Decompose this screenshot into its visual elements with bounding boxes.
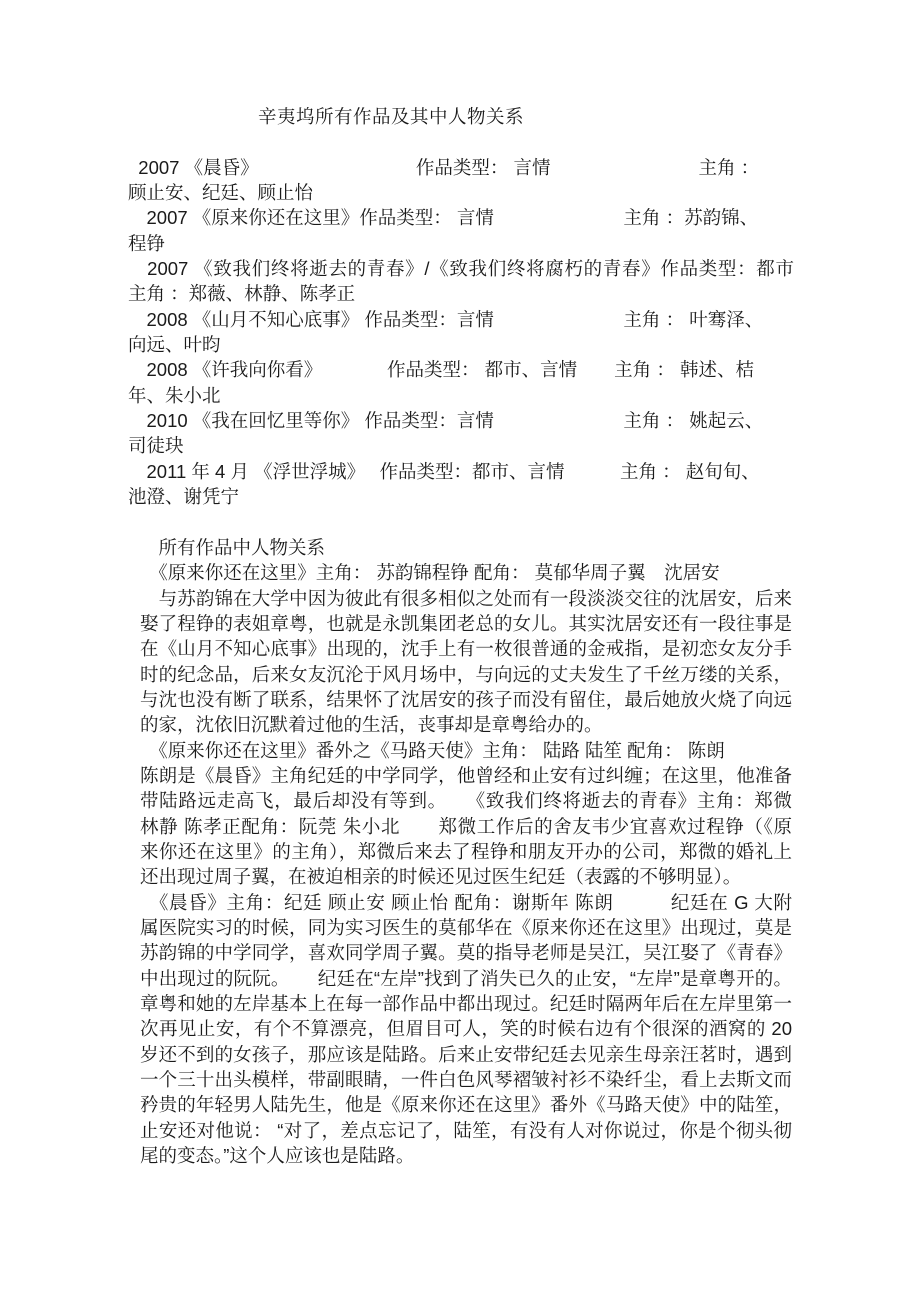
- document-page: 辛夷坞所有作品及其中人物关系 2007 《晨昏》 作品类型： 言情 主角 ： 顾…: [0, 0, 920, 1302]
- works-list-line: 2007 《晨昏》 作品类型： 言情 主角 ：: [128, 155, 794, 180]
- relations-line: 娶了程铮的表姐章粤，也就是永凯集团老总的女儿。其实沈居安还有一段往事是: [140, 611, 792, 636]
- works-list-line: 2010 《我在回忆里等你》 作品类型：言情 主角 ： 姚起云、: [128, 408, 794, 433]
- relations-line: 次再见止安，有个不算漂亮，但眉目可人，笑的时候右边有个很深的酒窝的 20: [140, 1016, 792, 1041]
- works-list-line: 2007 《致我们终将逝去的青春》/《致我们终将腐朽的青春》作品类型：都市: [128, 256, 794, 281]
- relations-line: 《原来你还在这里》主角： 苏韵锦程铮 配角： 莫郁华周子翼 沈居安: [140, 560, 792, 585]
- relations-line: 时的纪念品，后来女友沉沦于风月场中，与向远的丈夫发生了千丝万缕的关系，: [140, 662, 792, 687]
- works-list-line: 主角 ：郑薇、林静、陈孝正: [128, 281, 794, 306]
- relations-line: 苏韵锦的中学同学，喜欢同学周子翼。莫的指导老师是吴江，吴江娶了《青春》: [140, 940, 792, 965]
- works-list-line: 2008 《山月不知心底事》 作品类型：言情 主角 ： 叶骞泽、: [128, 307, 794, 332]
- works-list-line: 程铮: [128, 231, 794, 256]
- relations-line: 《晨昏》主角：纪廷 顾止安 顾止怡 配角：谢斯年 陈朗 纪廷在 G 大附: [140, 890, 792, 915]
- relations-line: 在《山月不知心底事》出现的，沈手上有一枚很普通的金戒指，是初恋女友分手: [140, 636, 792, 661]
- relations-line: 林静 陈孝正配角：阮莞 朱小北 郑微工作后的舍友韦少宜喜欢过程铮（《原: [140, 814, 792, 839]
- doc-title: 辛夷坞所有作品及其中人物关系: [258, 104, 794, 129]
- relations-line: 的家，沈依旧沉默着过他的生活，丧事却是章粤给办的。: [140, 712, 792, 737]
- relations-line: 带陆路远走高飞，最后却没有等到。 《致我们终将逝去的青春》主角：郑微: [140, 788, 792, 813]
- works-list-line: 司徒玦: [128, 433, 794, 458]
- relations-line: 所有作品中人物关系: [140, 535, 792, 560]
- relations-line: 尾的变态。”这个人应该也是陆路。: [140, 1143, 792, 1168]
- works-list-line: 2011 年 4 月 《浮世浮城》 作品类型：都市、言情 主角 ： 赵旬旬、: [128, 459, 794, 484]
- relations-line: 还出现过周子翼，在被迫相亲的时候还见过医生纪廷（表露的不够明显）。: [140, 864, 792, 889]
- relations-line: 属医院实习的时候，同为实习医生的莫郁华在《原来你还在这里》出现过，莫是: [140, 915, 792, 940]
- relations-line: 与沈也没有断了联系，结果怀了沈居安的孩子而没有留住，最后她放火烧了向远: [140, 687, 792, 712]
- document-body: 辛夷坞所有作品及其中人物关系 2007 《晨昏》 作品类型： 言情 主角 ： 顾…: [128, 104, 794, 1168]
- works-list-line: 向远、叶昀: [128, 332, 794, 357]
- relations-line: 中出现过的阮阮。 纪廷在“左岸”找到了消失已久的止安，“左岸”是章粤开的。: [140, 966, 792, 991]
- relations-line: 陈朗是《晨昏》主角纪廷的中学同学，他曾经和止安有过纠缠；在这里，他准备: [140, 763, 792, 788]
- relations-section: 所有作品中人物关系 《原来你还在这里》主角： 苏韵锦程铮 配角： 莫郁华周子翼 …: [140, 535, 792, 1169]
- relations-line: 与苏韵锦在大学中因为彼此有很多相似之处而有一段淡淡交往的沈居安，后来: [140, 586, 792, 611]
- relations-line: 《原来你还在这里》番外之《马路天使》主角： 陆路 陆笙 配角： 陈朗: [140, 738, 792, 763]
- works-list-line: 年、朱小北: [128, 383, 794, 408]
- blank-line: [128, 129, 794, 154]
- works-list-line: 2008 《许我向你看》 作品类型： 都市、言情 主角 ： 韩述、桔: [128, 357, 794, 382]
- relations-line: 一个三十出头模样，带副眼睛，一件白色风琴褶皱衬衫不染纤尘，看上去斯文而: [140, 1067, 792, 1092]
- blank-line: [128, 510, 794, 535]
- relations-line: 章粤和她的左岸基本上在每一部作品中都出现过。纪廷时隔两年后在左岸里第一: [140, 991, 792, 1016]
- relations-line: 矜贵的年轻男人陆先生，他是《原来你还在这里》番外《马路天使》中的陆笙，: [140, 1092, 792, 1117]
- works-list-line: 池澄、谢凭宁: [128, 484, 794, 509]
- relations-line: 岁还不到的女孩子，那应该是陆路。后来止安带纪廷去见亲生母亲汪茗时，遇到: [140, 1042, 792, 1067]
- relations-line: 止安还对他说： “对了，差点忘记了，陆笙，有没有人对你说过，你是个彻头彻: [140, 1118, 792, 1143]
- works-list-line: 顾止安、纪廷、顾止怡: [128, 180, 794, 205]
- relations-line: 来你还在这里》的主角），郑微后来去了程铮和朋友开办的公司，郑微的婚礼上: [140, 839, 792, 864]
- works-list-line: 2007 《原来你还在这里》作品类型： 言情 主角 ：苏韵锦、: [128, 205, 794, 230]
